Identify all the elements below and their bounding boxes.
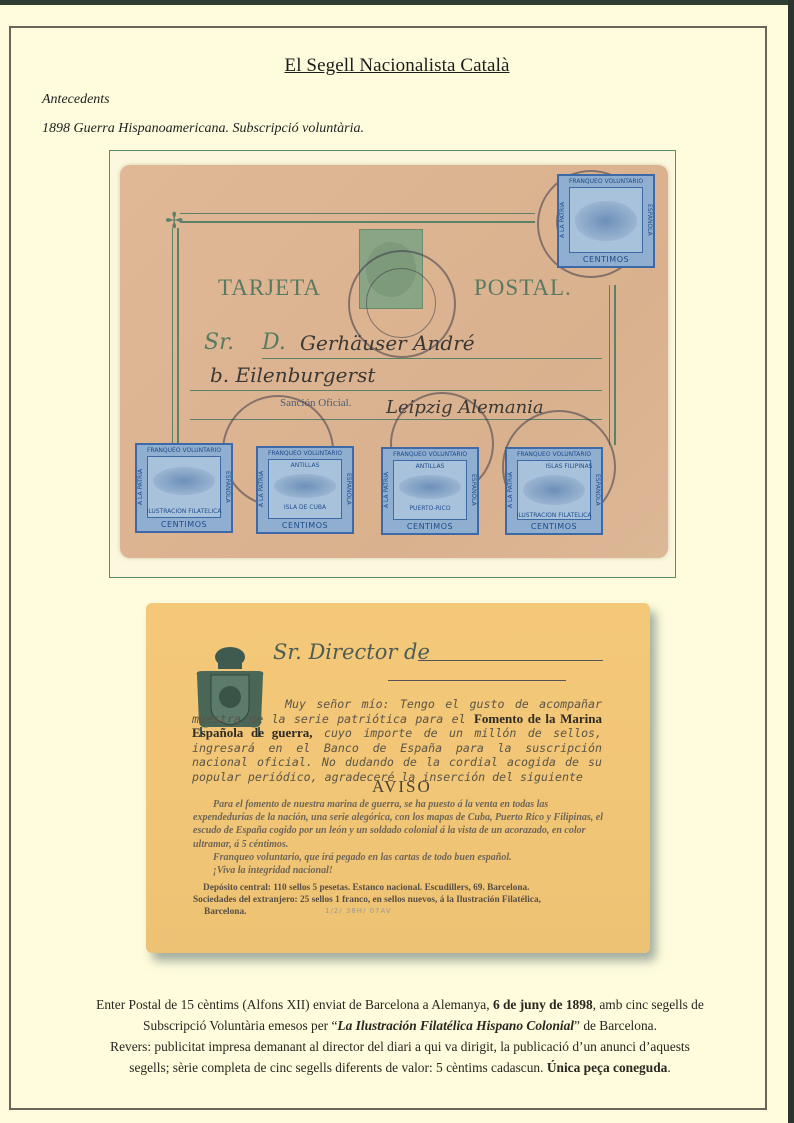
card-heading-tarjeta: TARJETA	[218, 275, 321, 301]
stamp-value-text: CENTIMOS	[507, 520, 601, 533]
stamp-philippines: FRANQUEO VOLUNTARIO A LA PATRIA ESPAÑOLA…	[505, 447, 603, 535]
caption-text: segells; sèrie completa de cinc segells …	[129, 1060, 547, 1075]
stamp-header-text: ANTILLAS	[383, 463, 477, 470]
deposit-text: Depósito central: 110 sellos 5 pesetas. …	[193, 882, 613, 894]
caption-text: Subscripció Voluntària emesos per “	[143, 1018, 337, 1033]
caption-text: .	[667, 1060, 670, 1075]
stamp-lion-shield: FRANQUEO VOLUNTARIO A LA PATRIA ESPAÑOLA…	[557, 174, 655, 268]
stamp-left-text: A LA PATRIA	[559, 187, 569, 253]
caption-line-2: Subscripció Voluntària emesos per “La Il…	[30, 1015, 770, 1036]
stamp-name-text: ILUSTRACION FILATELICA	[137, 508, 231, 515]
caption-line-3: Revers: publicitat impresa demanant al d…	[30, 1036, 770, 1057]
address-line	[190, 390, 602, 391]
stamp-value-text: CENTIMOS	[559, 253, 653, 266]
stamp-value-text: CENTIMOS	[258, 519, 352, 532]
card-border-line	[172, 228, 173, 443]
cuba-map-icon	[274, 474, 336, 498]
stamp-header-text: ISLAS FILIPINAS	[537, 463, 601, 470]
aviso-paragraph: ¡Viva la integridad nacional!	[193, 864, 603, 877]
stamp-top-text: FRANQUEO VOLUNTARIO	[137, 445, 231, 456]
aviso-paragraph: Franqueo voluntario, que irá pegado en l…	[193, 851, 603, 864]
aviso-body: Para el fomento de nuestra marina de gue…	[193, 798, 603, 877]
director-line	[388, 680, 566, 681]
section-subtitle: Antecedents	[42, 92, 110, 108]
stamp-top-text: FRANQUEO VOLUNTARIO	[383, 449, 477, 460]
stamp-header-text: ANTILLAS	[258, 462, 352, 469]
card-border-line	[177, 228, 179, 443]
stamp-name-text: ISLA DE CUBA	[258, 504, 352, 511]
page-title: El Segell Nacionalista Català	[0, 55, 794, 77]
stamp-name-text: PUERTO-RICO	[383, 505, 477, 512]
stamp-soldier: FRANQUEO VOLUNTARIO A LA PATRIA ESPAÑOLA…	[135, 443, 233, 533]
request-paragraph: Muy señor mío: Tengo el gusto de acompañ…	[192, 697, 602, 784]
card-heading-postal: POSTAL.	[474, 275, 572, 301]
section-description: 1898 Guerra Hispanoamericana. Subscripci…	[42, 121, 364, 137]
foreign-societies-text: Sociedades del extranjero: 25 sellos 1 f…	[193, 894, 613, 906]
caption-line-1: Enter Postal de 15 cèntims (Alfons XII) …	[30, 994, 770, 1015]
stamp-top-text: FRANQUEO VOLUNTARIO	[507, 449, 601, 460]
caption-date: 6 de juny de 1898	[493, 997, 593, 1012]
soldier-warship-icon	[153, 467, 215, 495]
card-border-line	[614, 285, 616, 445]
caption-text: , amb cinc segells de	[593, 997, 704, 1012]
card-border-line	[609, 285, 610, 445]
stamp-left-text: A LA PATRIA	[507, 460, 517, 520]
salutation-d: D.	[262, 330, 286, 355]
aviso-paragraph: Para el fomento de nuestra marina de gue…	[193, 798, 603, 851]
scan-edge-top	[0, 0, 794, 5]
stamp-right-text: ESPAÑOLA	[643, 187, 653, 253]
stamp-top-text: FRANQUEO VOLUNTARIO	[559, 176, 653, 187]
stamp-puerto-rico: FRANQUEO VOLUNTARIO A LA PATRIA ESPAÑOLA…	[381, 447, 479, 535]
stamp-name-text: ILUSTRACION FILATELICA	[507, 512, 601, 519]
cross-ornament-icon: ✢	[165, 210, 183, 232]
card-border-line	[180, 221, 535, 223]
stamp-value-text: CENTIMOS	[383, 520, 477, 533]
lion-shield-icon	[575, 201, 637, 241]
scan-edge-right	[788, 0, 794, 1123]
deposit-info: Depósito central: 110 sellos 5 pesetas. …	[193, 882, 613, 918]
stamp-top-text: FRANQUEO VOLUNTARIO	[258, 448, 352, 459]
aviso-heading: AVISO	[372, 777, 432, 797]
stamp-value-text: CENTIMOS	[137, 518, 231, 531]
puerto-rico-map-icon	[399, 475, 461, 499]
caption-text: ” de Barcelona.	[574, 1018, 657, 1033]
pencil-note: 1/2/ 38H/ 07AV	[325, 907, 392, 915]
card-border-line	[180, 213, 535, 214]
caption-line-4: segells; sèrie completa de cinc segells …	[30, 1057, 770, 1078]
caption-text: Enter Postal de 15 cèntims (Alfons XII) …	[96, 997, 493, 1012]
salutation-sr: Sr.	[204, 330, 234, 355]
postmark-icon	[366, 268, 436, 338]
sr-director-heading: Sr. Director de	[273, 640, 430, 664]
caption-unique: Única peça coneguda	[547, 1060, 668, 1075]
address-line	[262, 358, 602, 359]
philippines-map-icon	[523, 475, 585, 505]
caption-publication: La Ilustración Filatélica Hispano Coloni…	[337, 1018, 574, 1033]
address-street: b. Eilenburgerst	[210, 363, 375, 387]
foreign-societies-city: Barcelona.	[193, 906, 613, 918]
exhibit-caption: Enter Postal de 15 cèntims (Alfons XII) …	[30, 994, 770, 1078]
stamp-cuba: FRANQUEO VOLUNTARIO A LA PATRIA ESPAÑOLA…	[256, 446, 354, 534]
director-line	[418, 660, 603, 661]
